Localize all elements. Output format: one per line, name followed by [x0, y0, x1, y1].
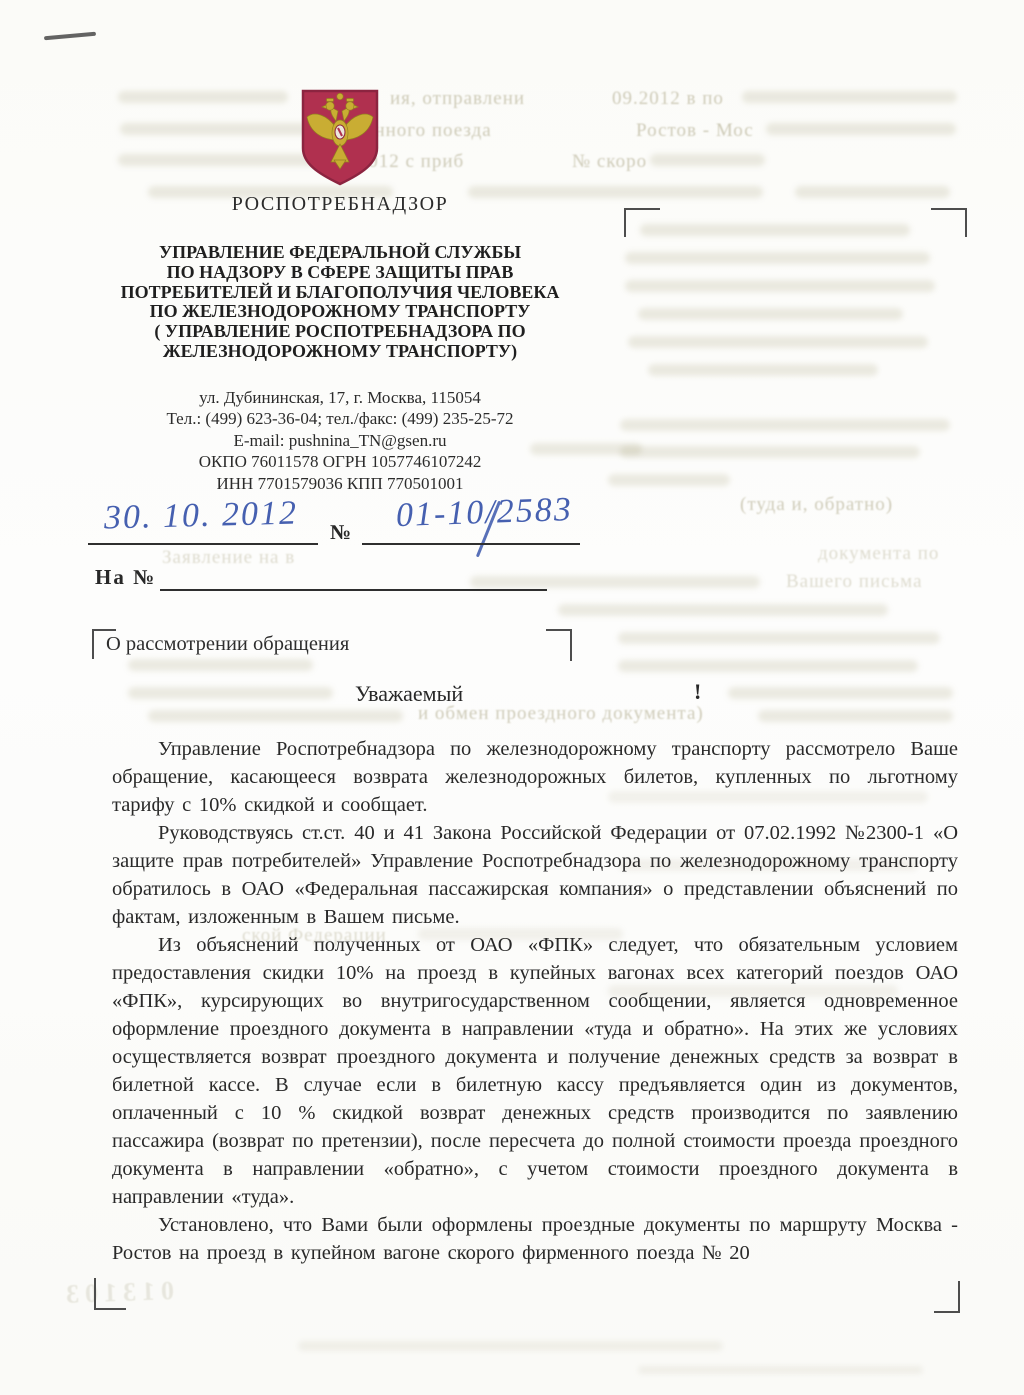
bleedthrough-smudge [742, 91, 957, 103]
bleedthrough-fragment: Заявление на в [162, 547, 295, 569]
bottom-corner-mark-right [934, 1281, 960, 1313]
department-line: ЖЕЛЕЗНОДОРОЖНОМУ ТРАНСПОРТУ) [100, 342, 580, 362]
bleedthrough-smudge [625, 280, 935, 292]
bleedthrough-smudge [470, 576, 760, 588]
department-line: ПОТРЕБИТЕЛЕЙ И БЛАГОПОЛУЧИЯ ЧЕЛОВЕКА [100, 283, 580, 303]
body-paragraph: Установлено, что Вами были оформлены про… [112, 1211, 958, 1267]
handwritten-date: 30. 10. 2012 [104, 494, 299, 537]
bleedthrough-smudge [648, 364, 878, 376]
coat-of-arms-icon [299, 88, 381, 188]
department-name: УПРАВЛЕНИЕ ФЕДЕРАЛЬНОЙ СЛУЖБЫ ПО НАДЗОРУ… [100, 243, 580, 362]
number-underline [362, 543, 580, 545]
bleedthrough-smudge [758, 710, 953, 722]
subject-corner-mark-right [546, 629, 572, 661]
handwritten-number: 01-10/2583 [395, 491, 573, 535]
bleedthrough-smudge [618, 632, 940, 644]
letterhead: РОСПОТРЕБНАДЗОР УПРАВЛЕНИЕ ФЕДЕРАЛЬНОЙ С… [100, 88, 580, 494]
reply-number-underline [160, 589, 547, 591]
bleedthrough-smudge [795, 186, 950, 198]
department-line: ПО ЖЕЛЕЗНОДОРОЖНОМУ ТРАНСПОРТУ [100, 302, 580, 322]
addressee-corner-mark-left [624, 208, 660, 237]
bleedthrough-fragment: 09.2012 в по [612, 88, 724, 110]
bleedthrough-smudge [298, 1341, 723, 1351]
department-line: ( УПРАВЛЕНИЕ РОСПОТРЕБНАДЗОРА ПО [100, 322, 580, 342]
bleedthrough-smudge [640, 224, 910, 236]
bleedthrough-smudge [618, 660, 918, 672]
fold-mark [44, 32, 96, 41]
body-paragraph: Руководствуясь ст.ст. 40 и 41 Закона Рос… [112, 819, 958, 931]
bleedthrough-fragment: № скоро [572, 151, 647, 173]
bleedthrough-smudge [558, 604, 888, 616]
department-line: УПРАВЛЕНИЕ ФЕДЕРАЛЬНОЙ СЛУЖБЫ [100, 243, 580, 263]
subject-line: О рассмотрении обращения [106, 633, 349, 656]
bleedthrough-smudge [650, 154, 765, 166]
bleedthrough-fragment: Ростов - Мос [636, 120, 754, 142]
body-paragraph: Управление Роспотребнадзора по железнодо… [112, 735, 958, 819]
bleedthrough-smudge [628, 336, 928, 348]
contact-info: ул. Дубининская, 17, г. Москва, 115054 Т… [100, 387, 580, 495]
contact-phone: Тел.: (499) 623-36-04; тел./факс: (499) … [100, 408, 580, 430]
bleedthrough-smudge [608, 474, 730, 486]
date-underline [88, 543, 318, 545]
contact-inn-kpp: ИНН 7701579036 КПП 770501001 [100, 473, 580, 495]
addressee-corner-mark-right [931, 208, 967, 237]
body-paragraph: Из объяснений полученных от ОАО «ФПК» сл… [112, 931, 958, 1211]
bleedthrough-smudge [148, 710, 403, 722]
bleedthrough-smudge [620, 419, 950, 431]
salutation: Уважаемый [355, 681, 463, 707]
contact-address: ул. Дубининская, 17, г. Москва, 115054 [100, 387, 580, 409]
bleedthrough-fragment: Вашего письма [786, 571, 923, 593]
reply-number-label: На № [95, 565, 156, 590]
letter-body: Управление Роспотребнадзора по железнодо… [112, 735, 958, 1267]
bleedthrough-smudge [728, 687, 953, 699]
contact-email: E-mail: pushnina_TN@gsen.ru [100, 430, 580, 452]
bleedthrough-fragment: документа по [818, 543, 939, 565]
bleedthrough-smudge [128, 659, 313, 671]
bleedthrough-smudge [620, 446, 920, 458]
salutation-exclamation: ! [694, 679, 701, 705]
bleedthrough-fragment: (туда и, обратно) [740, 494, 893, 516]
department-line: ПО НАДЗОРУ В СФЕРЕ ЗАЩИТЫ ПРАВ [100, 263, 580, 283]
number-label: № [330, 520, 351, 545]
contact-okpo-ogrn: ОКПО 76011578 ОГРН 1057746107242 [100, 451, 580, 473]
scanned-letter-page: ия, отправлени 09.2012 в по менного поез… [0, 0, 1024, 1395]
bleedthrough-smudge [766, 123, 956, 135]
bottom-corner-mark-left [94, 1278, 126, 1310]
bleedthrough-smudge [625, 252, 930, 264]
bleedthrough-smudge [638, 1366, 923, 1374]
bleedthrough-smudge [638, 308, 903, 320]
agency-name: РОСПОТРЕБНАДЗОР [100, 193, 580, 216]
bleedthrough-smudge [128, 687, 333, 699]
